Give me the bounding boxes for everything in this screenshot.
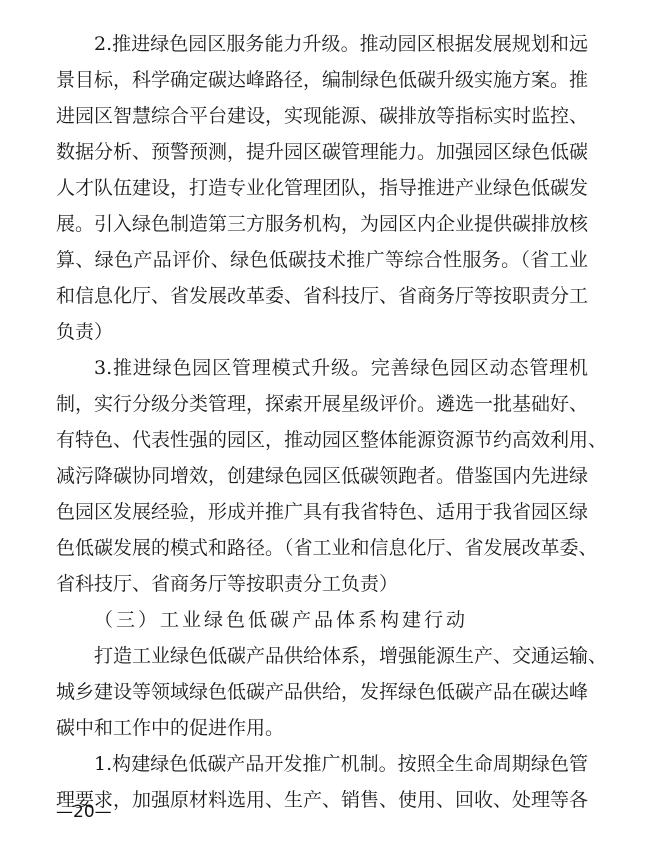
paragraph-3-line-5: 色园区发展经验，形成并推广具有我省特色、适用于我省园区绿: [56, 497, 588, 527]
section-heading: （三）工业绿色低碳产品体系构建行动: [94, 605, 494, 635]
paragraph-2-line-8: 和信息化厅、省发展改革委、省科技厅、省商务厅等按职责分工: [56, 281, 588, 311]
paragraph-3-line-7: 省科技厅、省商务厅等按职责分工负责）: [56, 569, 588, 599]
paragraph-2-line-3: 进园区智慧综合平台建设，实现能源、碳排放等指标实时监控、: [56, 101, 588, 131]
paragraph-1-line-1: 1.构建绿色低碳产品开发推广机制。按照全生命周期绿色管: [94, 749, 588, 779]
intro-paragraph-line-2: 城乡建设等领域绿色低碳产品供给，发挥绿色低碳产品在碳达峰: [56, 677, 588, 707]
paragraph-3-line-3: 有特色、代表性强的园区，推动园区整体能源资源节约高效利用、: [56, 425, 588, 455]
paragraph-2-line-1: 2.推进绿色园区服务能力升级。推动园区根据发展规划和远: [94, 29, 588, 59]
document-page: 2.推进绿色园区服务能力升级。推动园区根据发展规划和远 景目标，科学确定碳达峰路…: [0, 0, 649, 860]
intro-paragraph-line-3: 碳中和工作中的促进作用。: [56, 713, 588, 743]
paragraph-2-line-4: 数据分析、预警预测，提升园区碳管理能力。加强园区绿色低碳: [56, 137, 588, 167]
paragraph-3-line-6: 色低碳发展的模式和路径。（省工业和信息化厅、省发展改革委、: [56, 533, 588, 563]
intro-paragraph-line-1: 打造工业绿色低碳产品供给体系，增强能源生产、交通运输、: [94, 641, 588, 671]
paragraph-1-line-2: 理要求，加强原材料选用、生产、销售、使用、回收、处理等各: [56, 785, 588, 815]
paragraph-2-line-7: 算、绿色产品评价、绿色低碳技术推广等综合性服务。（省工业: [56, 245, 588, 275]
paragraph-3-line-2: 制，实行分级分类管理，探索开展星级评价。遴选一批基础好、: [56, 389, 588, 419]
paragraph-2-line-5: 人才队伍建设，打造专业化管理团队，指导推进产业绿色低碳发: [56, 173, 588, 203]
paragraph-2-line-9: 负责）: [56, 317, 588, 347]
paragraph-2-line-6: 展。引入绿色制造第三方服务机构，为园区内企业提供碳排放核: [56, 209, 588, 239]
paragraph-2-line-2: 景目标，科学确定碳达峰路径，编制绿色低碳升级实施方案。推: [56, 65, 588, 95]
page-number: —20—: [56, 800, 112, 824]
paragraph-3-line-1: 3.推进绿色园区管理模式升级。完善绿色园区动态管理机: [94, 353, 588, 383]
paragraph-3-line-4: 减污降碳协同增效，创建绿色园区低碳领跑者。借鉴国内先进绿: [56, 461, 588, 491]
